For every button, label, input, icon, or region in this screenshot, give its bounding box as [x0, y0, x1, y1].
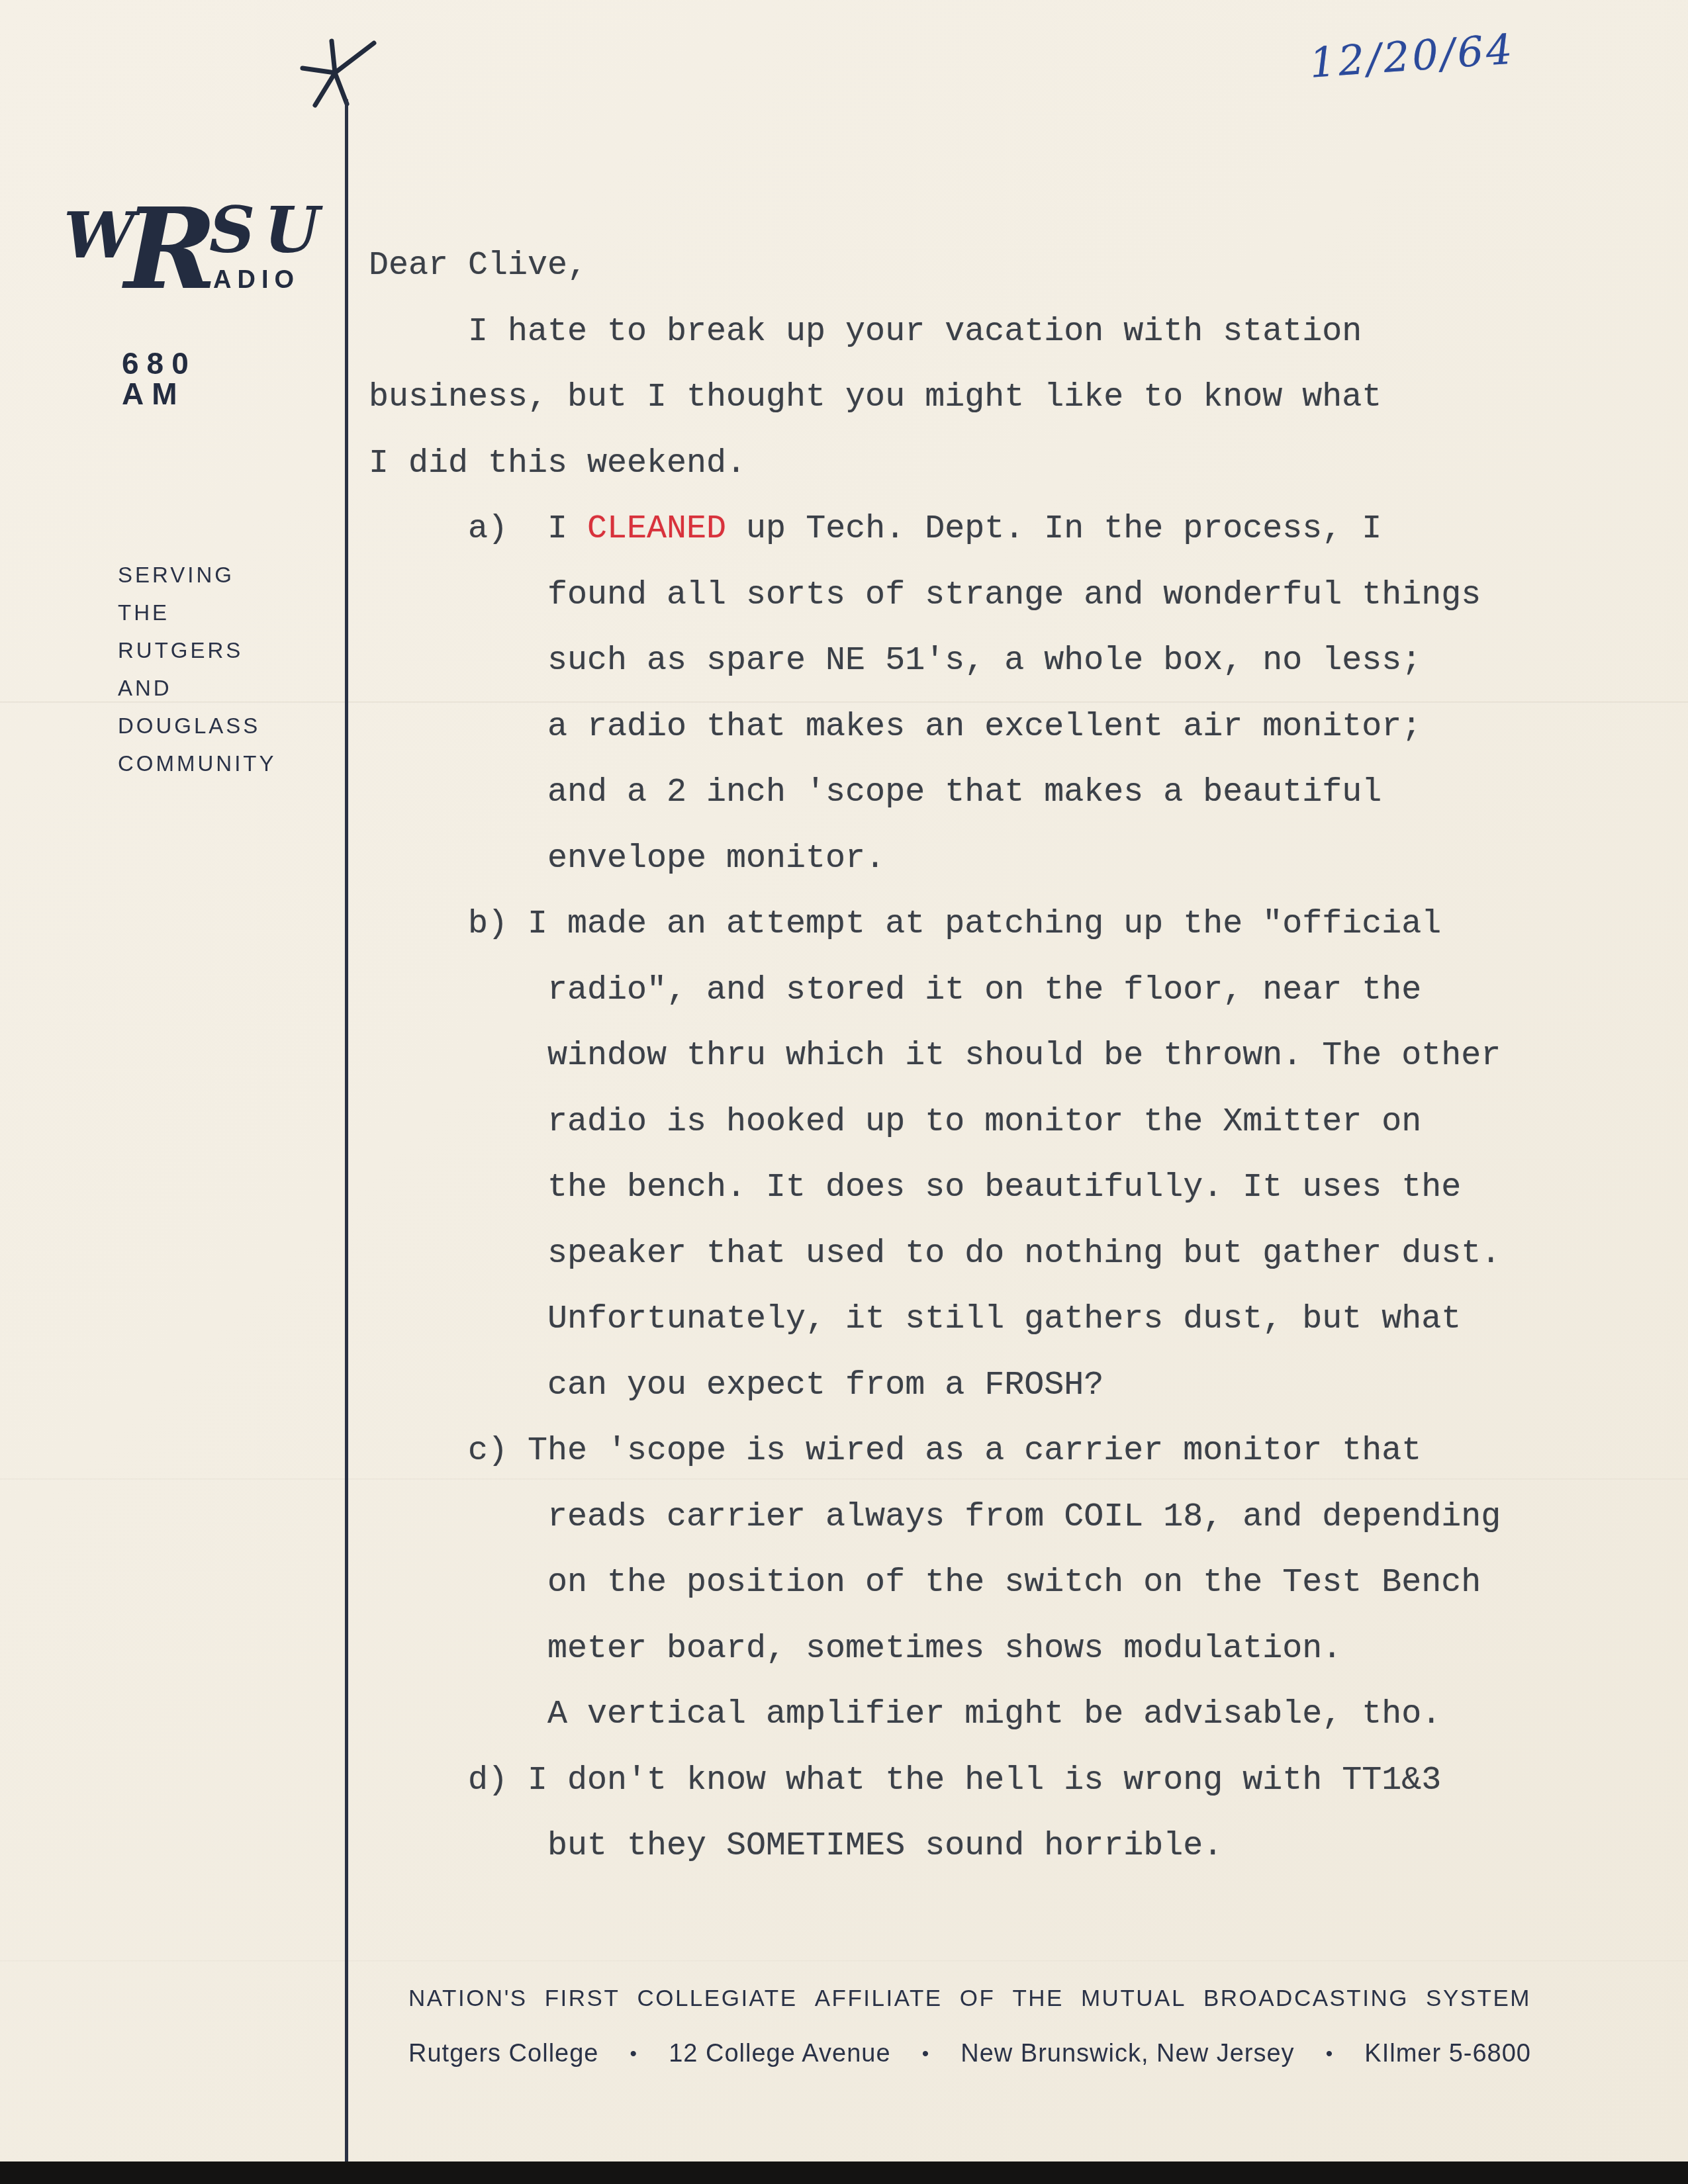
footer-address-city: New Brunswick, New Jersey	[961, 2040, 1294, 2068]
typed-text: b) I made an attempt at patching up the …	[369, 905, 1441, 943]
affiliation-word: SYSTEM	[1426, 1985, 1531, 2012]
letter-line: radio is hooked up to monitor the Xmitte…	[369, 1089, 1501, 1156]
bullet-separator-icon: •	[630, 2043, 638, 2066]
letter-line: can you expect from a FROSH?	[369, 1353, 1501, 1419]
typed-text: found all sorts of strange and wonderful…	[369, 576, 1481, 614]
letter-line: Unfortunately, it still gathers dust, bu…	[369, 1287, 1501, 1353]
serving-line: RUTGERS	[118, 631, 276, 669]
typed-text: such as spare NE 51's, a whole box, no l…	[369, 642, 1421, 680]
letter-line: but they SOMETIMES sound horrible.	[369, 1813, 1501, 1880]
letter-line: I hate to break up your vacation with st…	[369, 299, 1501, 365]
typed-text: radio is hooked up to monitor the Xmitte…	[369, 1103, 1421, 1141]
letter-line: c) The 'scope is wired as a carrier moni…	[369, 1418, 1501, 1484]
letter-line: meter board, sometimes shows modulation.	[369, 1616, 1501, 1682]
typed-text: I did this weekend.	[369, 445, 746, 482]
typed-text: c) The 'scope is wired as a carrier moni…	[369, 1432, 1421, 1470]
footer-affiliation: NATION'SFIRSTCOLLEGIATEAFFILIATEOFTHEMUT…	[408, 1985, 1531, 2012]
letter-line: business, but I thought you might like t…	[369, 365, 1501, 431]
typed-text: radio", and stored it on the floor, near…	[369, 972, 1421, 1009]
bullet-separator-icon: •	[1326, 2043, 1334, 2066]
letter-line: Dear Clive,	[369, 233, 1501, 299]
serving-line: COMMUNITY	[118, 745, 276, 782]
footer-address: Rutgers College • 12 College Avenue • Ne…	[408, 2040, 1531, 2068]
typed-text: Dear Clive,	[369, 247, 587, 285]
typed-text: and a 2 inch 'scope that makes a beautif…	[369, 774, 1382, 811]
letter-line: the bench. It does so beautifully. It us…	[369, 1155, 1501, 1221]
letterhead-vertical-rule	[345, 99, 348, 2161]
letter-line: speaker that used to do nothing but gath…	[369, 1221, 1501, 1287]
logo-adio-text: ADIO	[213, 267, 300, 293]
affiliation-word: MUTUAL	[1081, 1985, 1186, 2012]
letter-line: I did this weekend.	[369, 431, 1501, 497]
frequency-label: 680 AM	[122, 348, 197, 409]
letter-line: a radio that makes an excellent air moni…	[369, 694, 1501, 760]
typed-text: up Tech. Dept. In the process, I	[726, 510, 1382, 548]
footer-phone: KIlmer 5-6800	[1364, 2040, 1531, 2068]
affiliation-word: BROADCASTING	[1203, 1985, 1409, 2012]
letter-line: found all sorts of strange and wonderful…	[369, 563, 1501, 629]
typed-text: meter board, sometimes shows modulation.	[369, 1630, 1342, 1668]
affiliation-word: NATION'S	[408, 1985, 528, 2012]
footer-address-street: 12 College Avenue	[669, 2040, 890, 2068]
logo-letters-su: SU	[209, 199, 329, 262]
typed-text: A vertical amplifier might be advisable,…	[369, 1696, 1441, 1733]
typed-text: can you expect from a FROSH?	[369, 1367, 1103, 1404]
typed-text: a radio that makes an excellent air moni…	[369, 708, 1421, 746]
typed-text: but they SOMETIMES sound horrible.	[369, 1827, 1223, 1865]
letter-line: reads carrier always from COIL 18, and d…	[369, 1484, 1501, 1551]
logo-letter-r: R	[124, 193, 217, 304]
affiliation-word: THE	[1012, 1985, 1064, 2012]
typed-text: I hate to break up your vacation with st…	[369, 313, 1362, 351]
star-icon	[299, 38, 379, 110]
scanned-letter-paper: 12/20/64 W R SU ADIO 680 AM SERVING THE …	[0, 0, 1688, 2161]
affiliation-word: OF	[960, 1985, 996, 2012]
letter-line: on the position of the switch on the Tes…	[369, 1550, 1501, 1616]
letter-line: window thru which it should be thrown. T…	[369, 1023, 1501, 1089]
typed-text: window thru which it should be thrown. T…	[369, 1037, 1501, 1075]
letter-line: such as spare NE 51's, a whole box, no l…	[369, 628, 1501, 694]
serving-line: THE	[118, 594, 276, 631]
typed-text: the bench. It does so beautifully. It us…	[369, 1169, 1461, 1206]
typed-text: a) I	[369, 510, 587, 548]
letter-line: b) I made an attempt at patching up the …	[369, 891, 1501, 958]
footer-address-college: Rutgers College	[408, 2040, 598, 2068]
red-typed-word: CLEANED	[587, 510, 726, 548]
affiliation-word: FIRST	[545, 1985, 620, 2012]
affiliation-word: AFFILIATE	[815, 1985, 943, 2012]
handwritten-date: 12/20/64	[1308, 24, 1517, 87]
paper-fold-crease	[0, 1960, 1688, 1962]
letter-line: envelope monitor.	[369, 826, 1501, 892]
typed-text: on the position of the switch on the Tes…	[369, 1564, 1481, 1602]
letter-line: a) I CLEANED up Tech. Dept. In the proce…	[369, 496, 1501, 563]
letter-line: A vertical amplifier might be advisable,…	[369, 1682, 1501, 1748]
letter-lines: Dear Clive, I hate to break up your vaca…	[369, 233, 1501, 1880]
typed-text: reads carrier always from COIL 18, and d…	[369, 1498, 1501, 1536]
affiliation-word: COLLEGIATE	[637, 1985, 797, 2012]
serving-line: AND	[118, 669, 276, 707]
typed-text: envelope monitor.	[369, 840, 885, 878]
typed-text: d) I don't know what the hell is wrong w…	[369, 1762, 1441, 1799]
bullet-separator-icon: •	[922, 2043, 930, 2066]
typed-text: speaker that used to do nothing but gath…	[369, 1235, 1501, 1273]
typed-text: business, but I thought you might like t…	[369, 379, 1382, 416]
typed-text: Unfortunately, it still gathers dust, bu…	[369, 1300, 1461, 1338]
serving-line: DOUGLASS	[118, 707, 276, 745]
letter-line: radio", and stored it on the floor, near…	[369, 958, 1501, 1024]
letter-line: and a 2 inch 'scope that makes a beautif…	[369, 760, 1501, 826]
letter-line: d) I don't know what the hell is wrong w…	[369, 1748, 1501, 1814]
serving-community-block: SERVING THE RUTGERS AND DOUGLASS COMMUNI…	[118, 556, 276, 782]
serving-line: SERVING	[118, 556, 276, 594]
